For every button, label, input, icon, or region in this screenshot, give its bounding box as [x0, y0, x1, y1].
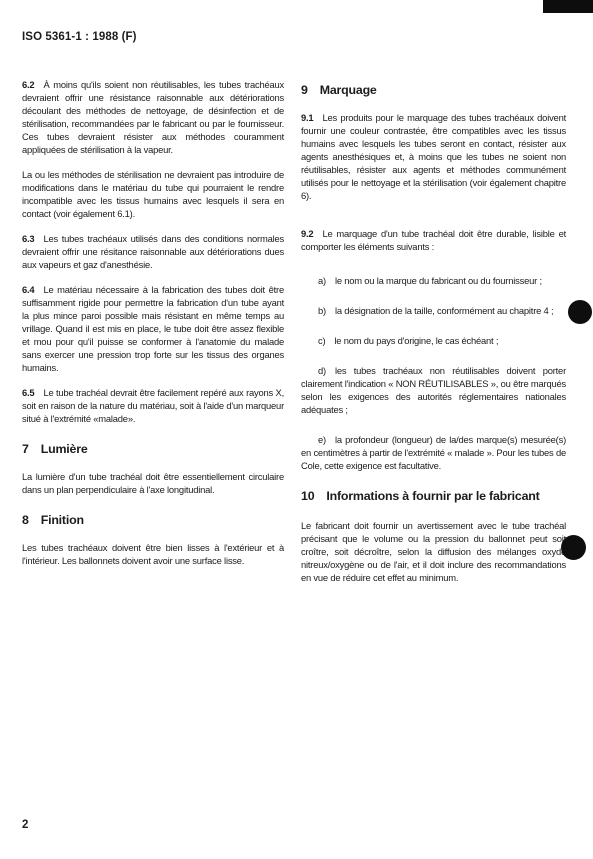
- list-item-text: la désignation de la taille, conformémen…: [335, 305, 553, 316]
- paragraph-9-1: 9.1Les produits pour le marquage des tub…: [301, 111, 566, 202]
- list-marker: b): [318, 305, 335, 316]
- list-item-text: la profondeur (longueur) de la/des marqu…: [301, 434, 566, 471]
- section-number: 8: [22, 513, 41, 527]
- section-heading-7: 7Lumière: [22, 442, 284, 456]
- right-column: 9Marquage 9.1Les produits pour le marqua…: [301, 78, 566, 584]
- list-marker: c): [318, 335, 334, 346]
- section-heading-8: 8Finition: [22, 513, 284, 527]
- clause-number: 6.3: [22, 233, 43, 244]
- clause-number: 9.2: [301, 228, 322, 239]
- list-item-c: c)le nom du pays d'origine, le cas échéa…: [301, 334, 566, 347]
- clause-text: À moins qu'ils soient non réutilisables,…: [22, 79, 284, 155]
- scan-dot-mark-upper: [568, 300, 592, 324]
- section-title: Lumière: [41, 442, 88, 456]
- scan-corner-mark: [543, 0, 593, 13]
- paragraph-9-2: 9.2Le marquage d'un tube trachéal doit ê…: [301, 227, 566, 253]
- list-item-d: d)les tubes trachéaux non réutilisables …: [301, 364, 566, 416]
- list-item-text: le nom du pays d'origine, le cas échéant…: [334, 335, 498, 346]
- list-item-text: le nom ou la marque du fabricant ou du f…: [335, 275, 542, 286]
- paragraph-section-8: Les tubes trachéaux doivent être bien li…: [22, 541, 284, 567]
- list-marker: e): [318, 434, 335, 445]
- section-number: 7: [22, 442, 41, 456]
- section-title: Marquage: [320, 83, 377, 97]
- paragraph-section-7: La lumière d'un tube trachéal doit être …: [22, 470, 284, 496]
- section-heading-10: 10Informations à fournir par le fabrican…: [301, 489, 566, 503]
- paragraph-sterilisation-note: La ou les méthodes de stérilisation ne d…: [22, 168, 284, 220]
- list-marker: a): [318, 275, 335, 286]
- clause-text: Les produits pour le marquage des tubes …: [301, 112, 566, 201]
- clause-number: 6.4: [22, 284, 43, 295]
- left-column: 6.2À moins qu'ils soient non réutilisabl…: [22, 78, 284, 584]
- section-number: 9: [301, 83, 320, 97]
- page-number: 2: [22, 819, 28, 831]
- marking-requirements-list: a)le nom ou la marque du fabricant ou du…: [301, 274, 566, 472]
- section-title: Finition: [41, 513, 84, 527]
- paragraph-6-3: 6.3Les tubes trachéaux utilisés dans des…: [22, 232, 284, 271]
- section-heading-9: 9Marquage: [301, 83, 566, 97]
- list-item-e: e)la profondeur (longueur) de la/des mar…: [301, 433, 566, 472]
- paragraph-section-10: Le fabricant doit fournir un avertisseme…: [301, 519, 566, 584]
- clause-number: 6.5: [22, 387, 43, 398]
- scan-dot-mark-lower: [561, 535, 586, 560]
- clause-text: Les tubes trachéaux utilisés dans des co…: [22, 233, 284, 270]
- document-reference: ISO 5361-1 : 1988 (F): [22, 31, 137, 43]
- paragraph-6-2: 6.2À moins qu'ils soient non réutilisabl…: [22, 78, 284, 156]
- clause-number: 9.1: [301, 112, 322, 123]
- list-marker: d): [318, 365, 335, 376]
- clause-number: 6.2: [22, 79, 43, 90]
- clause-text: Le tube trachéal devrait être facilement…: [22, 387, 284, 424]
- clause-text: Le matériau nécessaire à la fabrication …: [22, 284, 284, 373]
- section-number: 10: [301, 489, 326, 503]
- list-item-text: les tubes trachéaux non réutilisables do…: [301, 365, 566, 415]
- paragraph-6-5: 6.5Le tube trachéal devrait être facilem…: [22, 386, 284, 425]
- clause-text: Le marquage d'un tube trachéal doit être…: [301, 228, 566, 252]
- section-title: Informations à fournir par le fabricant: [326, 489, 539, 503]
- text-columns: 6.2À moins qu'ils soient non réutilisabl…: [22, 78, 566, 584]
- list-item-b: b)la désignation de la taille, conformém…: [301, 304, 566, 317]
- list-item-a: a)le nom ou la marque du fabricant ou du…: [301, 274, 566, 287]
- document-page: ISO 5361-1 : 1988 (F) 6.2À moins qu'ils …: [0, 0, 593, 859]
- paragraph-6-4: 6.4Le matériau nécessaire à la fabricati…: [22, 283, 284, 374]
- clause-text: La ou les méthodes de stérilisation ne d…: [22, 169, 284, 219]
